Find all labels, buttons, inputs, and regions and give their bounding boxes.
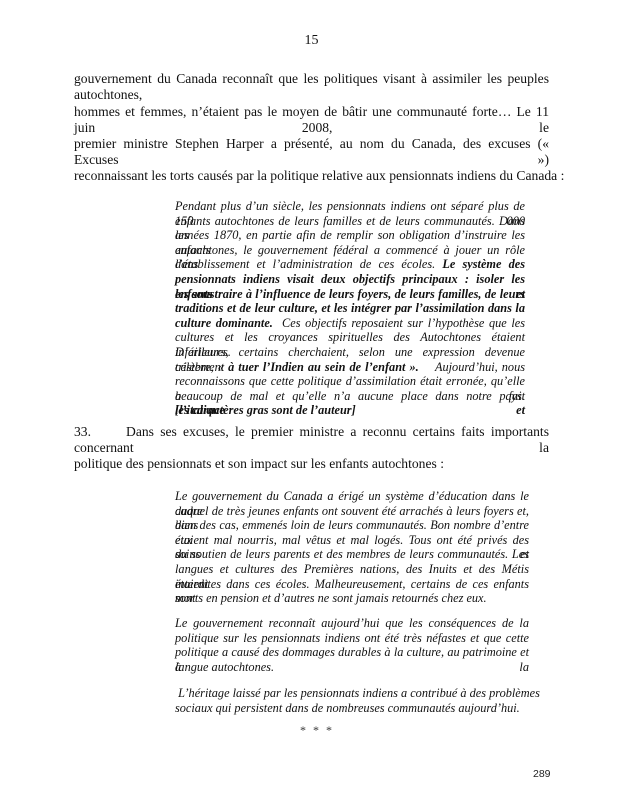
quote-bold-text: culture dominante. (175, 316, 273, 330)
quote-line: langues et cultures des Premières nation… (175, 562, 529, 577)
quote-line: Pendant plus d’un siècle, les pensionnat… (175, 199, 525, 214)
block-quote-facts-p3: L’héritage laissé par les pensionnats in… (175, 686, 529, 715)
quote-line: célèbre, « à tuer l’Indien au sein de l’… (175, 360, 525, 375)
paragraph-number: 33. (74, 424, 126, 440)
page-number-top: 15 (0, 33, 623, 49)
quote-line: D’ailleurs, certains cherchaient, selon … (175, 345, 525, 360)
quote-line: L’héritage laissé par les pensionnats in… (175, 686, 529, 701)
intro-line: gouvernement du Canada reconnaît que les… (74, 71, 549, 103)
quote-line: traditions et de leur culture, et les in… (175, 301, 525, 316)
quote-line: étaient mal nourris, mal vêtus et mal lo… (175, 533, 529, 548)
quote-line: années 1870, en partie afin de remplir s… (175, 228, 525, 243)
block-quote-facts-p1: Le gouvernement du Canada a érigé un sys… (175, 489, 529, 606)
quote-line: les soustraire à l’influence de leurs fo… (175, 287, 525, 302)
quote-line: interdites dans ces écoles. Malheureusem… (175, 577, 529, 592)
paragraph-line: 33.Dans ses excuses, le premier ministre… (74, 424, 549, 456)
quote-line: du soutien de leurs parents et des membr… (175, 547, 529, 562)
quote-line: reconnaissons que cette politique d’assi… (175, 374, 525, 389)
quote-line: sociaux qui persistent dans de nombreuse… (175, 701, 529, 716)
page-number-bottom: 289 (533, 768, 551, 780)
quote-line: beaucoup de mal et qu’elle n’a aucune pl… (175, 389, 525, 404)
quote-text: Aujourd’hui, nous (435, 360, 525, 374)
quote-text: beaucoup de mal et qu’elle n’a aucune pl… (175, 389, 525, 403)
quote-line: morts en pension et d’autres ne sont jam… (175, 591, 529, 606)
quote-text: l’établissement et l’administration de c… (175, 257, 435, 271)
section-separator: * * * (300, 723, 334, 738)
quote-bold-text: les caractères gras sont de l’auteur] (175, 403, 356, 417)
quote-line: Le gouvernement reconnaît aujourd’hui qu… (175, 616, 529, 631)
paragraph-text: Dans ses excuses, le premier ministre a … (74, 424, 549, 455)
quote-text: Ces objectifs reposaient sur l’hypothèse… (282, 316, 525, 330)
block-quote-facts-p2: Le gouvernement reconnaît aujourd’hui qu… (175, 616, 529, 674)
quote-bold-text: « à tuer l’Indien au sein de l’enfant ». (218, 360, 419, 374)
quote-line: pensionnats indiens visait deux objectif… (175, 272, 525, 287)
quote-bold-text: traditions et de leur culture, et les in… (175, 301, 525, 315)
intro-line: hommes et femmes, n’étaient pas le moyen… (74, 104, 549, 136)
paragraph-line: politique des pensionnats et son impact … (74, 456, 549, 472)
quote-line: cultures et les croyances spirituelles d… (175, 330, 525, 345)
quote-line: duquel de très jeunes enfants ont souven… (175, 504, 529, 519)
quote-bold-text: les soustraire à l’influence de leurs fo… (175, 287, 525, 301)
intro-line: reconnaissant les torts causés par la po… (74, 168, 549, 184)
quote-line: Le gouvernement du Canada a érigé un sys… (175, 489, 529, 504)
quote-line: l’établissement et l’administration de c… (175, 257, 525, 272)
quote-line: autochtones, le gouvernement fédéral a c… (175, 243, 525, 258)
quote-line: politique a causé des dommages durables … (175, 645, 529, 660)
intro-line: premier ministre Stephen Harper a présen… (74, 136, 549, 168)
quote-line: politique sur les pensionnats indiens on… (175, 631, 529, 646)
block-quote-apology: Pendant plus d’un siècle, les pensionnat… (175, 199, 525, 418)
quote-line: culture dominante. Ces objectifs reposai… (175, 316, 525, 331)
quote-text: célèbre, (175, 360, 214, 374)
quote-line: bien des cas, emmenés loin de leurs comm… (175, 518, 529, 533)
quote-line: enfants autochtones de leurs familles et… (175, 214, 525, 229)
quote-bold-text: Le système des (442, 257, 525, 271)
